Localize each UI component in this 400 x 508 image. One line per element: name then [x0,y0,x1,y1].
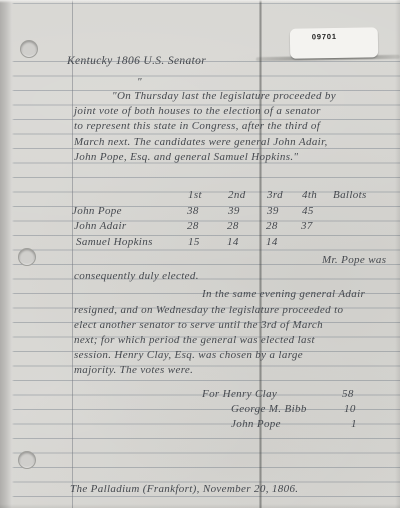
margin-line [72,0,73,508]
vote-count: 39 [267,205,279,218]
candidate-name: John Adair [74,220,127,233]
paragraph1-line: joint vote of both houses to the electio… [74,105,321,118]
vote-count: 45 [302,205,314,218]
page-top-edge [0,0,400,3]
candidate-name: John Pope [72,205,122,218]
elected-note-line: Mr. Pope was [322,254,386,267]
ballot-header-ballots: Ballots [333,189,367,202]
catalog-number: 09701 [312,32,337,41]
paragraph2-line: next; for which period the general was e… [74,334,315,347]
paragraph2-line: In the same evening general Adair [202,288,365,301]
punch-hole-top [20,40,38,58]
ballot-header-2nd: 2nd [228,189,246,202]
punch-hole-bottom [18,451,36,469]
ballot-header-4th: 4th [302,189,317,202]
paragraph1-line: "On Thursday last the legislature procee… [112,90,336,103]
catalog-label-sticker: 09701 [290,27,379,59]
vote-count: 28 [266,220,278,233]
paragraph2-line: majority. The votes were. [74,364,193,377]
paragraph2-line: elect another senator to serve until the… [74,319,323,332]
punch-hole-middle [18,248,36,266]
scanned-notebook-page: 09701 Kentucky 1806 U.S. Senator " "On T… [0,0,400,508]
vote-list-count: 1 [351,418,357,431]
vote-count: 14 [227,236,239,249]
paragraph1-line: John Pope, Esq. and general Samuel Hopki… [74,151,298,164]
vote-count: 14 [266,236,278,249]
vote-count: 37 [301,220,313,233]
vote-list-count: 58 [342,388,354,401]
vote-count: 38 [187,205,199,218]
vote-count: 39 [228,205,240,218]
paragraph1-line: to represent this state in Congress, aft… [74,120,320,133]
page-bottom-edge [0,504,400,508]
vote-count: 28 [187,220,199,233]
elected-note-line: consequently duly elected. [74,270,199,283]
page-right-edge [395,0,400,508]
page-title: Kentucky 1806 U.S. Senator [67,55,206,68]
top-partial-rule-line [0,3,400,4]
stray-quote-mark: " [137,76,142,89]
source-citation: The Palladium (Frankfort), November 20, … [70,483,298,496]
scan-fold-line [259,0,262,508]
paragraph2-line: session. Henry Clay, Esq. was chosen by … [74,349,303,362]
vote-count: 15 [188,236,200,249]
candidate-name: Samuel Hopkins [76,236,153,249]
vote-count: 28 [227,220,239,233]
vote-list-count: 10 [344,403,356,416]
vote-list-name: For Henry Clay [202,388,277,401]
paragraph1-line: March next. The candidates were general … [74,136,328,149]
ballot-header-1st: 1st [188,189,202,202]
page-left-edge [0,0,14,508]
paragraph2-line: resigned, and on Wednesday the legislatu… [74,304,343,317]
vote-list-name: John Pope [231,418,281,431]
ballot-header-3rd: 3rd [267,189,283,202]
vote-list-name: George M. Bibb [231,403,307,416]
